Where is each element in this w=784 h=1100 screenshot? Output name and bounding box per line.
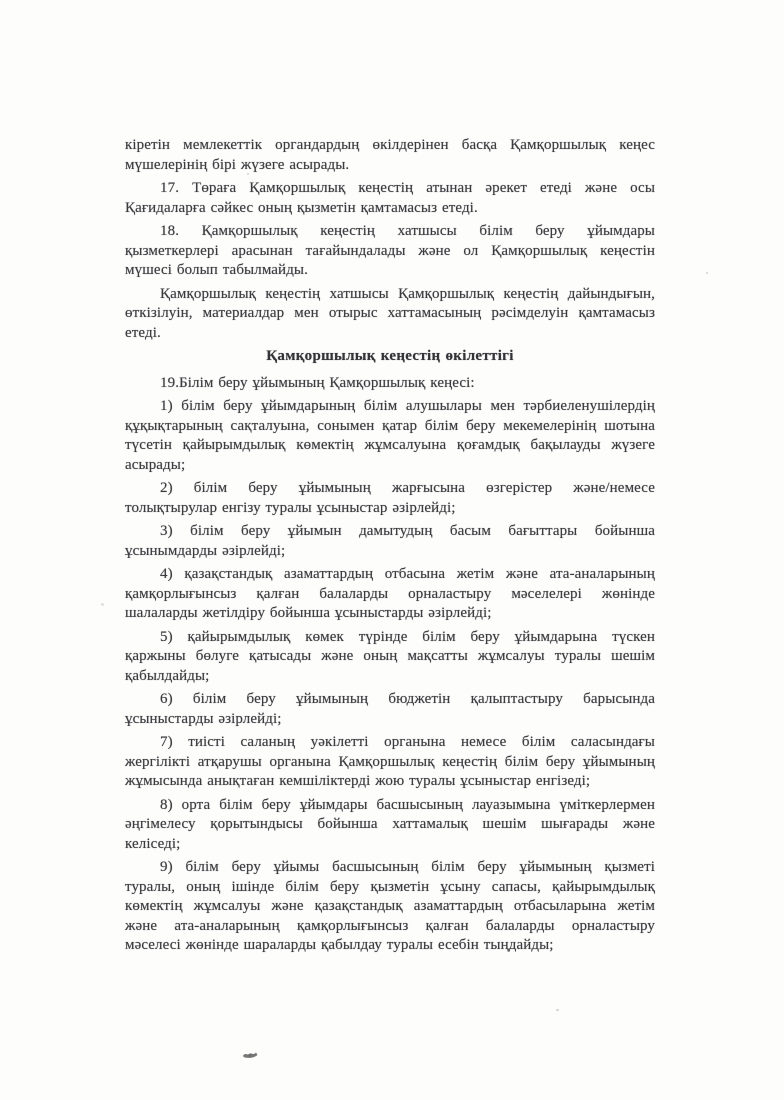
list-item-6: 6) білім беру ұйымының бюджетін қалыптас… (125, 690, 655, 729)
text-line: қамқорлығынсыз қалған балаларды орналаст… (125, 585, 655, 605)
text-line: толықтырулар енгізу туралы ұсыныстар әзі… (125, 499, 655, 519)
text-line: 5) қайырымдылық көмек түрінде білім беру… (125, 628, 655, 648)
section-heading: Қамқоршылық кеңестің өкілеттігі (125, 347, 655, 367)
text-line: туралы, оның ішінде білім беру қызметін … (125, 878, 655, 898)
list-item-7: 7) тиісті саланың уәкілетті органына нем… (125, 733, 655, 792)
text-line: 19.Білім беру ұйымының Қамқоршылық кеңес… (125, 374, 655, 394)
text-line: Қамқоршылық кеңестің хатшысы Қамқоршылық… (125, 285, 655, 305)
paragraph-17: 17. Төраға Қамқоршылық кеңестің атынан ә… (125, 179, 655, 218)
text-line: асырады; (125, 456, 655, 476)
text-line: 17. Төраға Қамқоршылық кеңестің атынан ә… (125, 179, 655, 199)
text-line: және ата-аналарының қамқорлығынсыз қалға… (125, 917, 655, 937)
text-line: жұмысында анықтаған кемшіліктерді жою ту… (125, 772, 655, 792)
text-line: етеді. (125, 324, 655, 344)
text-line: жергілікті атқарушы органына Қамқоршылық… (125, 753, 655, 773)
text-line: Қағидаларға сәйкес оның қызметін қамтама… (125, 199, 655, 219)
list-item-1: 1) білім беру ұйымдарының білім алушылар… (125, 397, 655, 475)
list-item-3: 3) білім беру ұйымын дамытудың басым бағ… (125, 522, 655, 561)
scan-speck (556, 1009, 559, 1011)
text-line: келіседі; (125, 835, 655, 855)
text-line: ұсынымдарды әзірлейді; (125, 542, 655, 562)
list-item-8: 8) орта білім беру ұйымдары басшысының л… (125, 796, 655, 855)
text-line: кіретін мемлекеттік органдардың өкілдері… (125, 136, 655, 156)
document-body-upper: кіретін мемлекеттік органдардың өкілдері… (125, 136, 655, 343)
text-line: 3) білім беру ұйымын дамытудың басым бағ… (125, 522, 655, 542)
text-line: 9) білім беру ұйымы басшысының білім бер… (125, 858, 655, 878)
text-line: 2) білім беру ұйымының жарғысына өзгеріс… (125, 479, 655, 499)
text-line: қабылдайды; (125, 667, 655, 687)
text-line: мәселесі жөнінде шараларды қабылдау тура… (125, 936, 655, 956)
text-line: 6) білім беру ұйымының бюджетін қалыптас… (125, 690, 655, 710)
text-line: әңгімелесу қорытындысы бойынша хаттамалы… (125, 815, 655, 835)
text-line: 8) орта білім беру ұйымдары басшысының л… (125, 796, 655, 816)
paragraph-continuation: кіретін мемлекеттік органдардың өкілдері… (125, 136, 655, 175)
text-line: қызметкерлері арасынан тағайындалады жән… (125, 242, 655, 262)
scanned-page: кіретін мемлекеттік органдардың өкілдері… (0, 0, 784, 1100)
text-line: түсетін қайырымдылық көмектің жұмсалуына… (125, 436, 655, 456)
text-line: қаржыны бөлуге қатысады және оның мақсат… (125, 647, 655, 667)
scan-speck (247, 173, 249, 175)
text-line: ұсыныстарды әзірлейді; (125, 710, 655, 730)
scan-speck (706, 272, 708, 274)
text-line: көмектің жұмсалуы және қазақстандық азам… (125, 897, 655, 917)
text-line: шалаларды жетілдіру бойынша ұсыныстарды … (125, 604, 655, 624)
text-line: құқықтарының сақталуына, сонымен қатар б… (125, 417, 655, 437)
text-line: 1) білім беру ұйымдарының білім алушылар… (125, 397, 655, 417)
paragraph-secretary: Қамқоршылық кеңестің хатшысы Қамқоршылық… (125, 285, 655, 344)
document-body-lower: 19.Білім беру ұйымының Қамқоршылық кеңес… (125, 374, 655, 956)
text-line: мүшелерінің бірі жүзеге асырады. (125, 156, 655, 176)
text-line: 18. Қамқоршылық кеңестің хатшысы білім б… (125, 222, 655, 242)
paragraph-19: 19.Білім беру ұйымының Қамқоршылық кеңес… (125, 374, 655, 394)
document-text-block: кіретін мемлекеттік органдардың өкілдері… (125, 136, 655, 960)
list-item-5: 5) қайырымдылық көмек түрінде білім беру… (125, 628, 655, 687)
text-line: 4) қазақстандық азаматтардың отбасына же… (125, 565, 655, 585)
list-item-2: 2) білім беру ұйымының жарғысына өзгеріс… (125, 479, 655, 518)
text-line: мүшесі болып табылмайды. (125, 261, 655, 281)
ink-smudge (242, 1049, 260, 1060)
text-line: өткізілуін, материалдар мен отырыс хатта… (125, 304, 655, 324)
list-item-9: 9) білім беру ұйымы басшысының білім бер… (125, 858, 655, 956)
paragraph-18: 18. Қамқоршылық кеңестің хатшысы білім б… (125, 222, 655, 281)
list-item-4: 4) қазақстандық азаматтардың отбасына же… (125, 565, 655, 624)
text-line: 7) тиісті саланың уәкілетті органына нем… (125, 733, 655, 753)
scan-speck (101, 603, 104, 606)
